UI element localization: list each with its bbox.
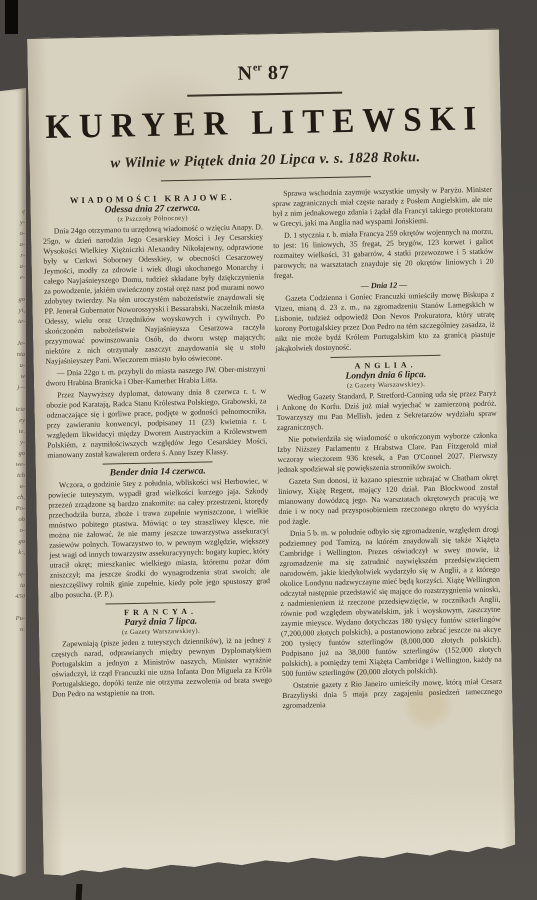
- article-paragraph: Wczora, o godzinie 5tey z południa, wbli…: [48, 476, 270, 600]
- article-paragraph: Ostatnie gazety z Rio Janeiro umieściły …: [282, 677, 503, 711]
- article-paragraph: Dnia 5 b. m. w południe odbyło się zgrom…: [279, 525, 502, 679]
- masthead-rule-top: [187, 92, 342, 97]
- article-paragraph: — Dnia 22go t. m. przybyli do miasta nas…: [46, 364, 266, 388]
- article-paragraph: Przez Naywyższy dyplomat, datowany dnia …: [46, 386, 267, 460]
- article-paragraph: Zapewniają (pisze jeden z tuteyszych dzi…: [51, 635, 272, 699]
- section-divider-rule: [103, 461, 213, 464]
- left-column: WIADOMOŚCI KRAJOWE. Odessa dnia 27 czerw…: [42, 189, 272, 717]
- newspaper-page: Ner87 KURYER LITEWSKI w Wilnie w Piątek …: [27, 29, 516, 881]
- issue-number: Ner87: [28, 58, 500, 90]
- article-paragraph: D. 1 stycznia r. b. miała Francya 259 ok…: [273, 227, 494, 281]
- right-column: Sprawa wschodnia zaymuje wszystkie umysł…: [272, 185, 502, 713]
- masthead-dateline: w Wilnie w Piątek dnia 20 Lipca v. s. 18…: [29, 147, 501, 173]
- facing-page-edge: ę y- o- a- r- a- e- go yi, ie- Je- nia u…: [0, 88, 26, 880]
- facing-page-text-fragments: ę y- o- a- r- a- e- go yi, ie- Je- nia u…: [1, 206, 25, 635]
- issue-superscript: er: [253, 62, 262, 73]
- section-divider-rule: [330, 355, 440, 358]
- columns: WIADOMOŚCI KRAJOWE. Odessa dnia 27 czerw…: [30, 174, 513, 717]
- scan-background: ę y- o- a- r- a- e- go yi, ie- Je- nia u…: [0, 0, 537, 900]
- article-paragraph: Gazeta Codzienna i Goniec Francuzki umie…: [274, 290, 495, 354]
- issue-prefix: N: [237, 62, 253, 84]
- issue-num: 87: [268, 62, 290, 84]
- section-divider-rule: [105, 601, 215, 604]
- masthead: Ner87 KURYER LITEWSKI w Wilnie w Piątek …: [27, 30, 502, 184]
- binding-tab: [5, 0, 18, 34]
- article-paragraph: Gazeta Sun donosi, iż kazano spiesznie u…: [278, 473, 499, 527]
- article-paragraph: Sprawa wschodnia zaymuje wszystkie umysł…: [272, 185, 493, 229]
- article-paragraph: Nie potwierdziła się wiadomość o ukończo…: [277, 431, 498, 475]
- article-paragraph: Według Gazety Standard, P. Stretford-Can…: [276, 389, 497, 433]
- article-paragraph: Dnia 24go otrzymano tu urzędową wiadomoś…: [43, 222, 266, 366]
- newspaper-title: KURYER LITEWSKI: [28, 99, 501, 147]
- bottom-edge-fragment: [76, 884, 83, 900]
